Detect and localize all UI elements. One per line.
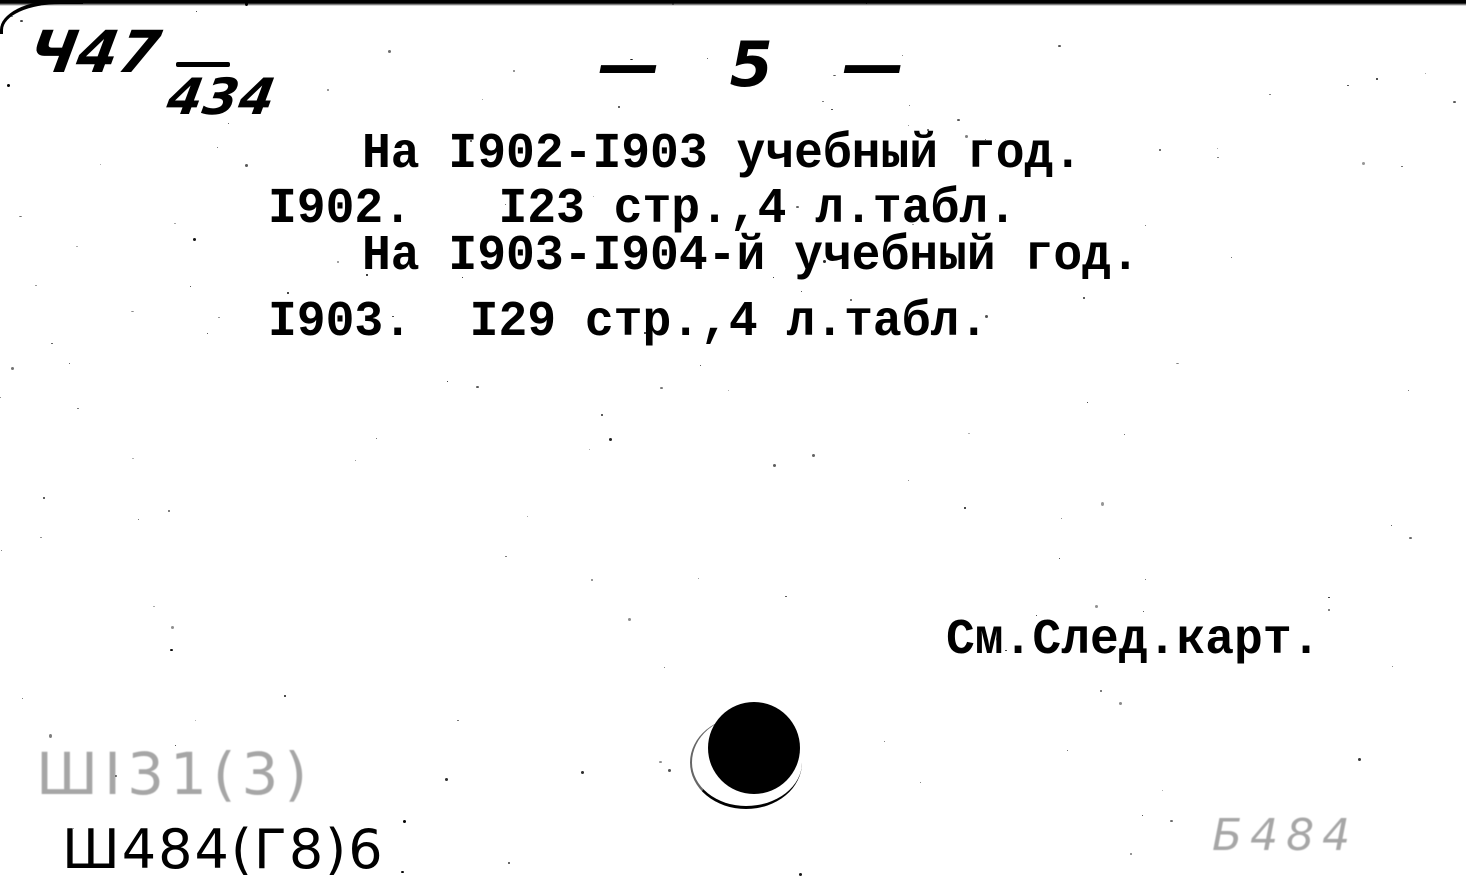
entry-2-heading: На I903-I904-й учебный год. xyxy=(362,232,1140,282)
faded-stamp: ШI31(3) xyxy=(36,740,313,808)
bottom-classification-code: Ш484(Г8)6 xyxy=(62,818,385,881)
faded-mark-right: Б484 xyxy=(1212,810,1358,861)
entry-1-heading: На I902-I903 учебный год. xyxy=(362,130,1082,180)
page-number: — 5 — xyxy=(598,28,928,101)
see-next-card: См.След.карт. xyxy=(946,616,1320,666)
card-top-edge xyxy=(0,0,1466,6)
shelf-mark-sub: 434 xyxy=(163,68,281,126)
entry-2-details: I903. I29 стр.,4 л.табл. xyxy=(268,298,988,348)
shelf-mark-main: Ч47 xyxy=(24,18,167,86)
entry-2-year: I903. xyxy=(268,294,412,351)
catalog-card: Ч47 434 — 5 — На I902-I903 учебный год. … xyxy=(0,0,1466,882)
punch-hole xyxy=(708,702,800,794)
entry-2-extent: I29 стр.,4 л.табл. xyxy=(470,294,988,351)
shelf-mark-divider xyxy=(176,62,230,67)
